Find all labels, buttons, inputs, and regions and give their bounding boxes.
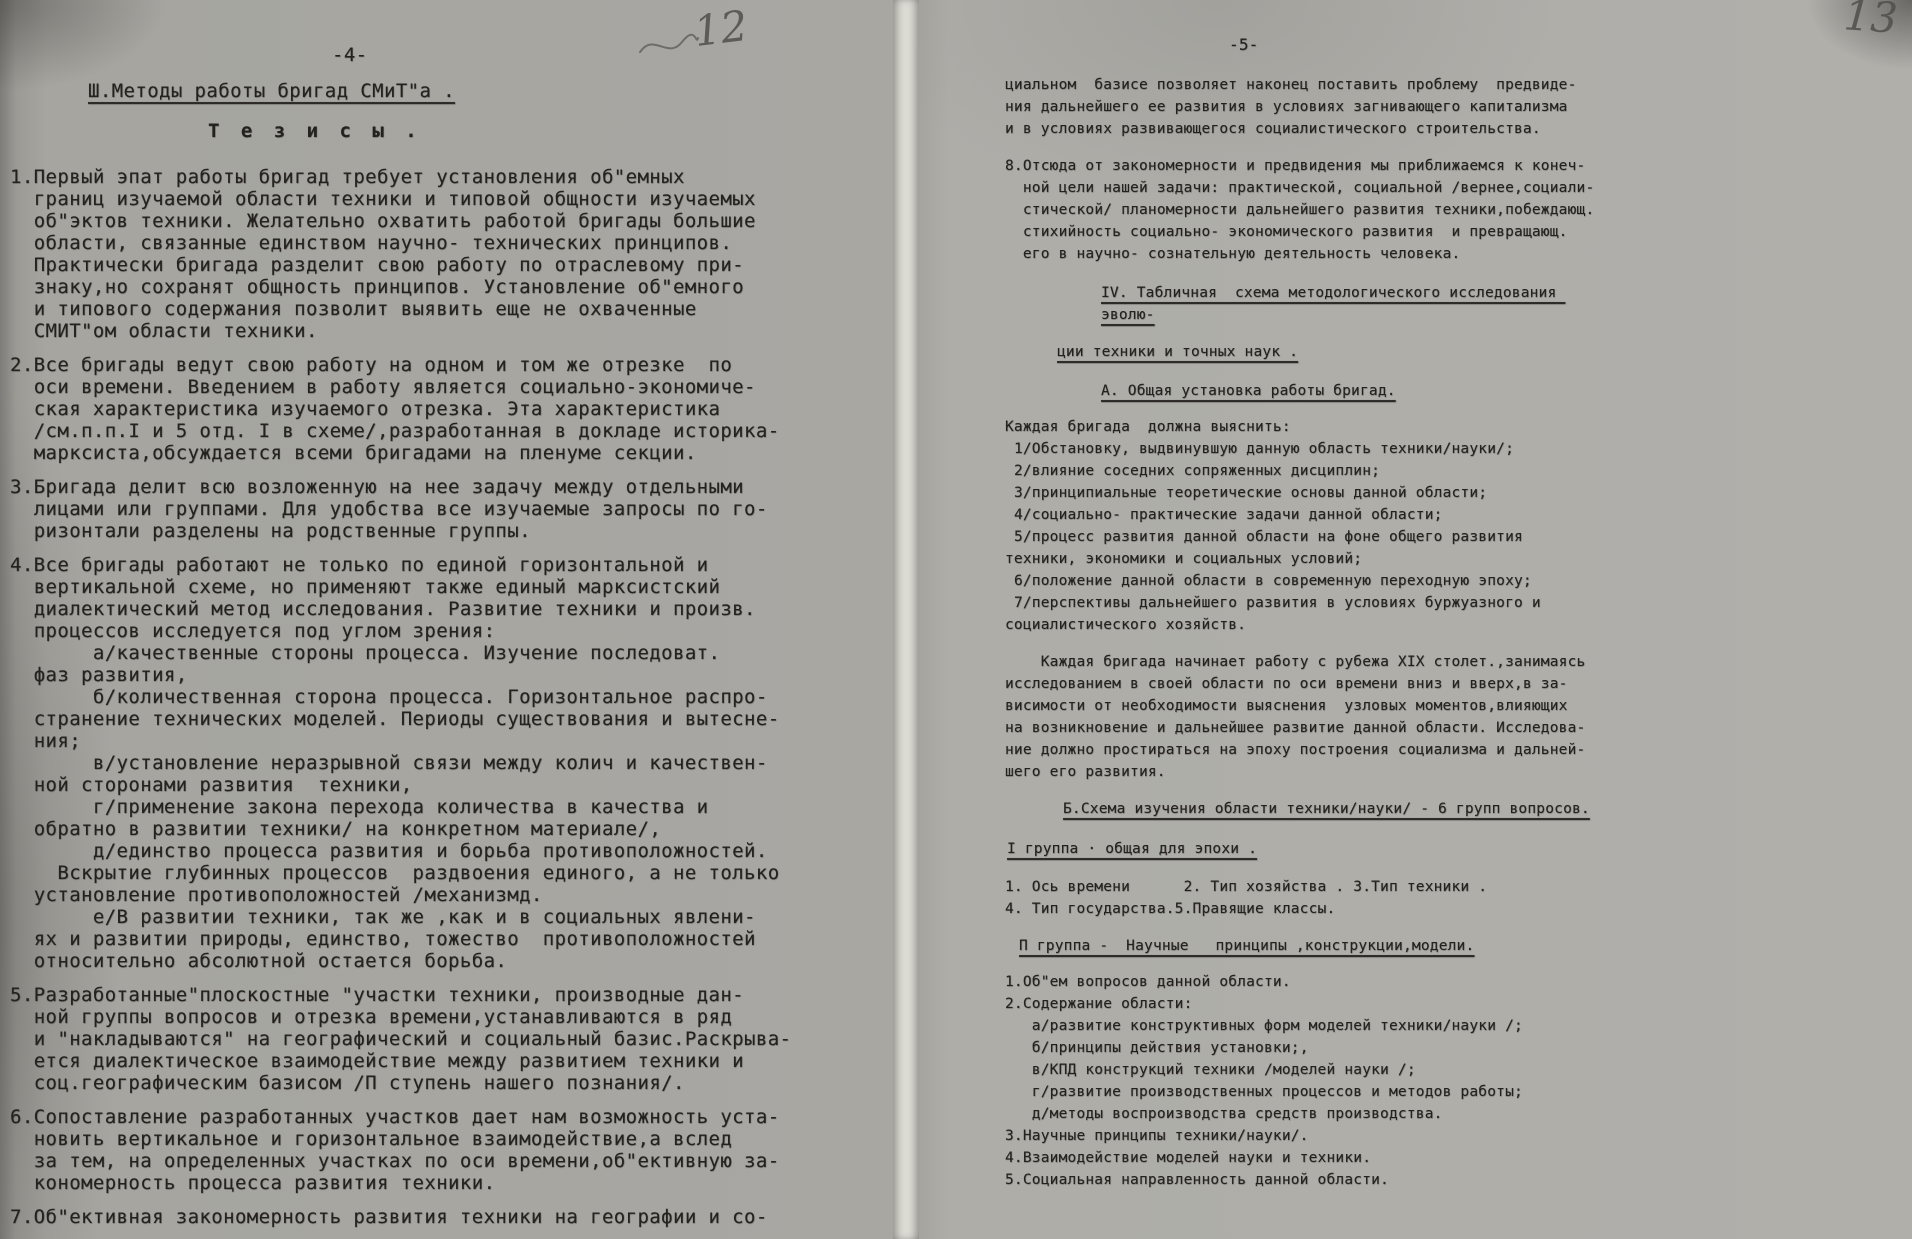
page-gap <box>893 0 919 1239</box>
group-1-heading: I группа · общая для эпохи . <box>1007 838 1617 860</box>
thesis-paragraph-7: 7.Об"ективная закономерность развития те… <box>10 1206 857 1228</box>
continuation-paragraph: циальном базисе позволяет наконец постав… <box>1005 74 1617 140</box>
subsection-heading-b: Б.Схема изучения области техники/науки/ … <box>1063 798 1617 820</box>
thesis-paragraph-3: 3.Бригада делит всю возложенную на нее з… <box>10 476 857 542</box>
thesis-paragraph-8: 8.Отсюда от закономерности и предвидения… <box>1005 155 1617 265</box>
section-heading-iv-line2: ции техники и точных наук . <box>1057 341 1617 363</box>
section-heading-iv-line1: IV. Табличная схема методологического ис… <box>1101 282 1617 326</box>
page-4: -4- Ш.Методы работы бригад СМиТ"а . Т е … <box>0 0 893 1239</box>
page-number-left: -4- <box>332 44 857 66</box>
thesis-paragraph-4: 4.Все бригады работают не только по един… <box>10 554 857 972</box>
brigade-checklist: Каждая бригада должна выяснить: 1/Обстан… <box>1005 416 1617 636</box>
subsection-heading-a: А. Общая установка работы бригад. <box>1101 380 1617 402</box>
handwritten-number-12: 12 <box>691 1 750 56</box>
page-5-text-column: -5- циальном базисе позволяет наконец по… <box>1005 34 1617 1191</box>
document-scan: -4- Ш.Методы работы бригад СМиТ"а . Т е … <box>0 0 1912 1239</box>
page-5: -5- циальном базисе позволяет наконец по… <box>919 0 1912 1239</box>
section-heading-methods: Ш.Методы работы бригад СМиТ"а . <box>88 80 857 102</box>
rubezh-paragraph: Каждая бригада начинает работу с рубежа … <box>1005 651 1617 783</box>
handwritten-number-13: 13 <box>1842 0 1899 43</box>
group-2-list: 1.Об"ем вопросов данной области. 2.Содер… <box>1005 971 1617 1191</box>
thesis-paragraph-5: 5.Разработанные"плоскостные "участки тех… <box>10 984 857 1094</box>
thesis-paragraph-2: 2.Все бригады ведут свою работу на одном… <box>10 354 857 464</box>
group-1-items: 1. Ось времени 2. Тип хозяйства . 3.Тип … <box>1005 876 1617 920</box>
thesis-paragraph-1: 1.Первый эпат работы бригад требует уста… <box>10 166 857 342</box>
thesis-paragraph-6: 6.Сопоставление разработанных участков д… <box>10 1106 857 1194</box>
handwritten-squiggle <box>638 30 700 62</box>
subheading-theses: Т е з и с ы . <box>208 120 857 142</box>
page-number-right: -5- <box>1229 34 1617 56</box>
group-2-heading: П группа - Научные принципы ,конструкции… <box>1019 935 1617 957</box>
